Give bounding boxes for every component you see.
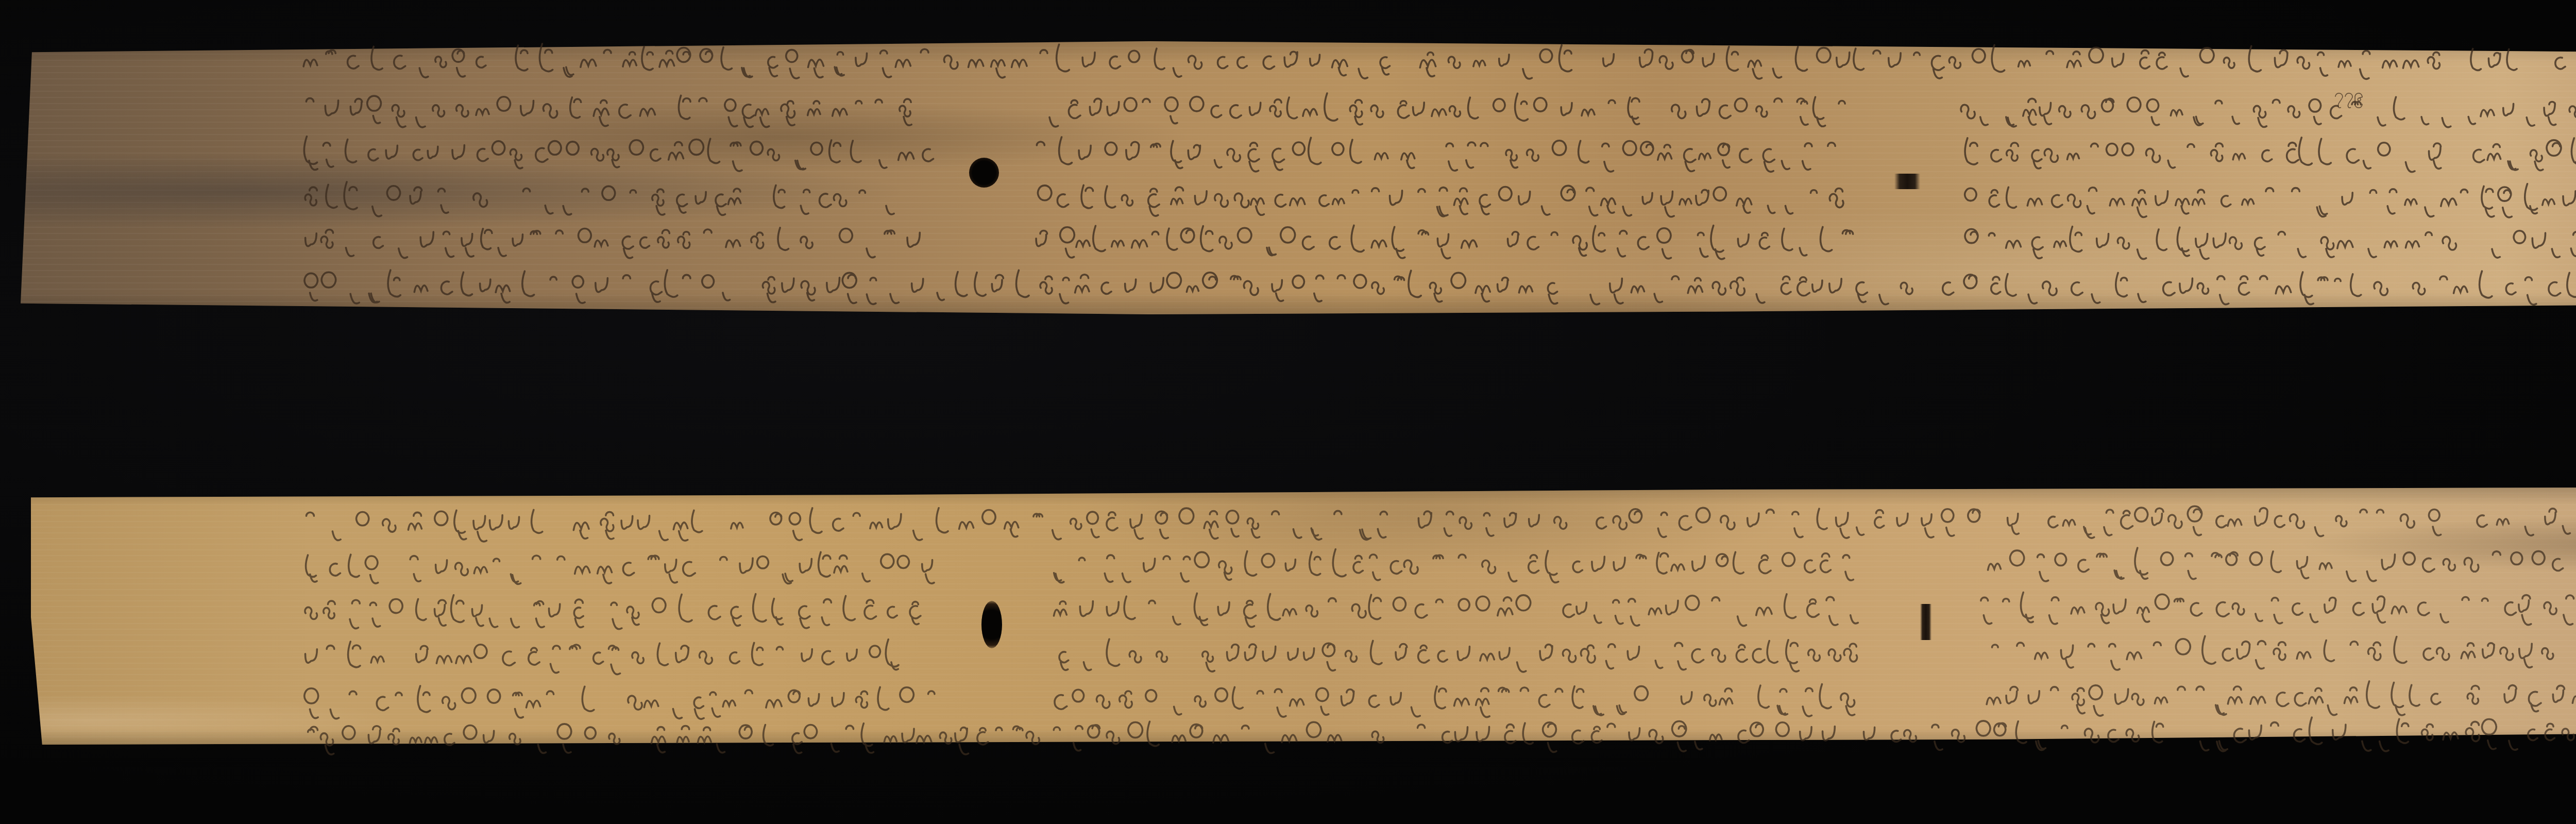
binding-mark bbox=[1920, 604, 1931, 640]
binding-hole bbox=[981, 601, 1002, 648]
binding-hole bbox=[969, 158, 999, 188]
palm-leaf-folio-top: Upper folio bbox=[21, 41, 2576, 314]
binding-mark bbox=[1894, 174, 1920, 189]
palm-leaf-folio-bottom: Lower folio bbox=[31, 487, 2576, 747]
